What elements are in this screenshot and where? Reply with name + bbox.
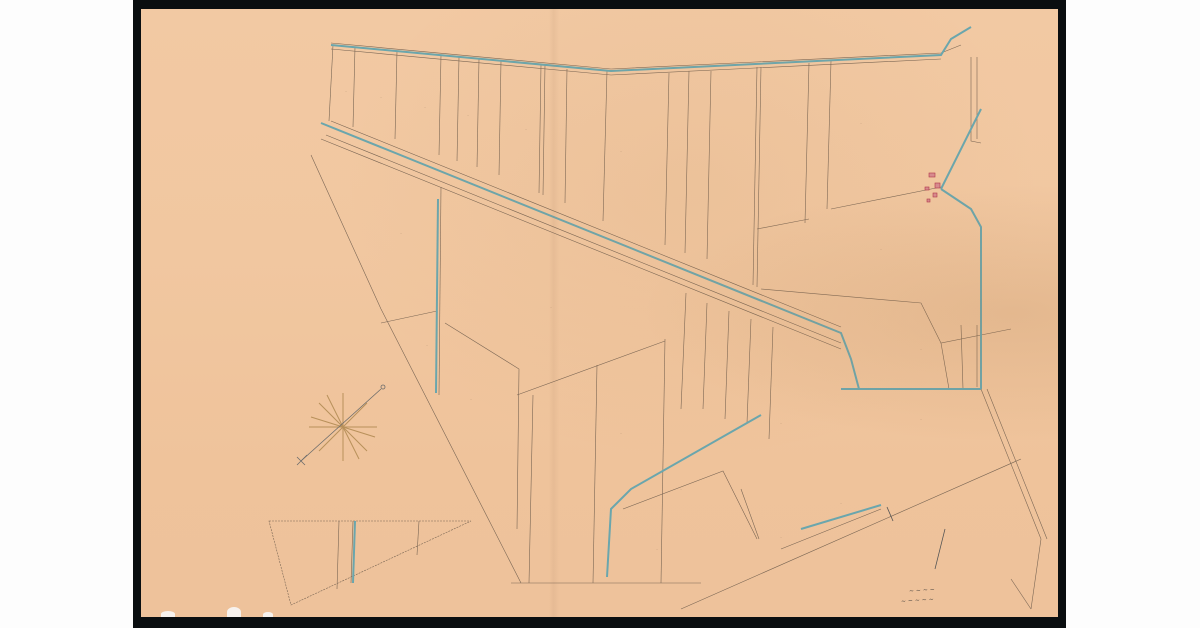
waterways [321, 27, 981, 583]
parcel-label: · [345, 89, 346, 94]
farmstead-buildings [925, 173, 940, 202]
parcel-label: · [860, 121, 861, 126]
paper-tear [161, 611, 175, 617]
parcel-label: · [920, 347, 921, 352]
parcel-label: · [680, 487, 681, 492]
parcel-label: · [620, 431, 621, 436]
parcel-label: · [470, 397, 471, 402]
parcel-label: · [656, 547, 657, 552]
cadastral-map [141, 9, 1058, 617]
parcel-label: · [880, 247, 881, 252]
parcel-label: · [467, 113, 468, 118]
parcel-label: · [920, 417, 921, 422]
parcel-label: · [620, 149, 621, 154]
parcel-label: · [400, 231, 401, 236]
map-sheet: · · · · · · · · · · · · · · · · · · · · … [141, 9, 1058, 617]
parcel-label: · [424, 105, 425, 110]
paper-tear [263, 612, 273, 617]
parcel-label: · [550, 305, 551, 310]
parcel-label: · [380, 95, 381, 100]
parcel-label: · [780, 421, 781, 426]
parcel-label: · [840, 501, 841, 506]
parcel-label: · [780, 535, 781, 540]
parcel-label: · [525, 127, 526, 132]
north-arrow-icon [297, 385, 385, 465]
paper-tear [227, 607, 241, 617]
scan-frame: · · · · · · · · · · · · · · · · · · · · … [133, 0, 1066, 628]
compass-rose [309, 393, 377, 461]
parcel-label: · [426, 343, 427, 348]
